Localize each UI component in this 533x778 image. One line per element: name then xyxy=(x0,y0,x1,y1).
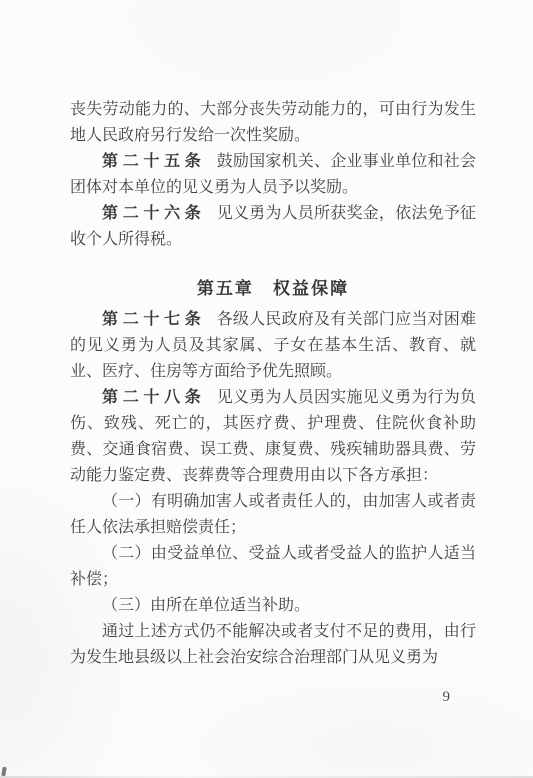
article-number-label: 第二十八条 xyxy=(102,389,206,406)
paragraph-closing: 通过上述方式仍不能解决或者支付不足的费用，由行为发生地县级以上社会治安综合治理部… xyxy=(70,619,476,671)
document-text-block: 丧失劳动能力的、大部分丧失劳动能力的，可由行为发生地人民政府另行发给一次性奖励。… xyxy=(70,97,476,671)
page-number: 9 xyxy=(70,686,450,708)
paragraph-article-26: 第二十六条见义勇为人员所获奖金，依法免予征收个人所得税。 xyxy=(70,201,476,253)
scan-speck-artifact xyxy=(1,767,7,777)
article-number-label: 第二十七条 xyxy=(102,311,206,328)
article-number-label: 第二十六条 xyxy=(102,205,206,222)
paragraph-article-28: 第二十八条见义勇为人员因实施见义勇为行为负伤、致残、死亡的，其医疗费、护理费、住… xyxy=(70,385,476,489)
paragraph-list-item-3: （三）由所在单位适当补助。 xyxy=(70,593,476,619)
paragraph-article-25: 第二十五条鼓励国家机关、企业事业单位和社会团体对本单位的见义勇为人员予以奖励。 xyxy=(70,149,476,201)
paragraph-article-27: 第二十七条各级人民政府及有关部门应当对困难的见义勇为人员及其家属、子女在基本生活… xyxy=(70,307,476,385)
paragraph-list-item-2: （二）由受益单位、受益人或者受益人的监护人适当补偿； xyxy=(70,541,476,593)
scanned-document-page: 丧失劳动能力的、大部分丧失劳动能力的，可由行为发生地人民政府另行发给一次性奖励。… xyxy=(0,0,533,778)
article-number-label: 第二十五条 xyxy=(102,153,206,170)
paragraph-continuation: 丧失劳动能力的、大部分丧失劳动能力的，可由行为发生地人民政府另行发给一次性奖励。 xyxy=(70,97,476,149)
paragraph-list-item-1: （一）有明确加害人或者责任人的，由加害人或者责任人依法承担赔偿责任； xyxy=(70,489,476,541)
chapter-heading: 第五章 权益保障 xyxy=(70,275,476,302)
